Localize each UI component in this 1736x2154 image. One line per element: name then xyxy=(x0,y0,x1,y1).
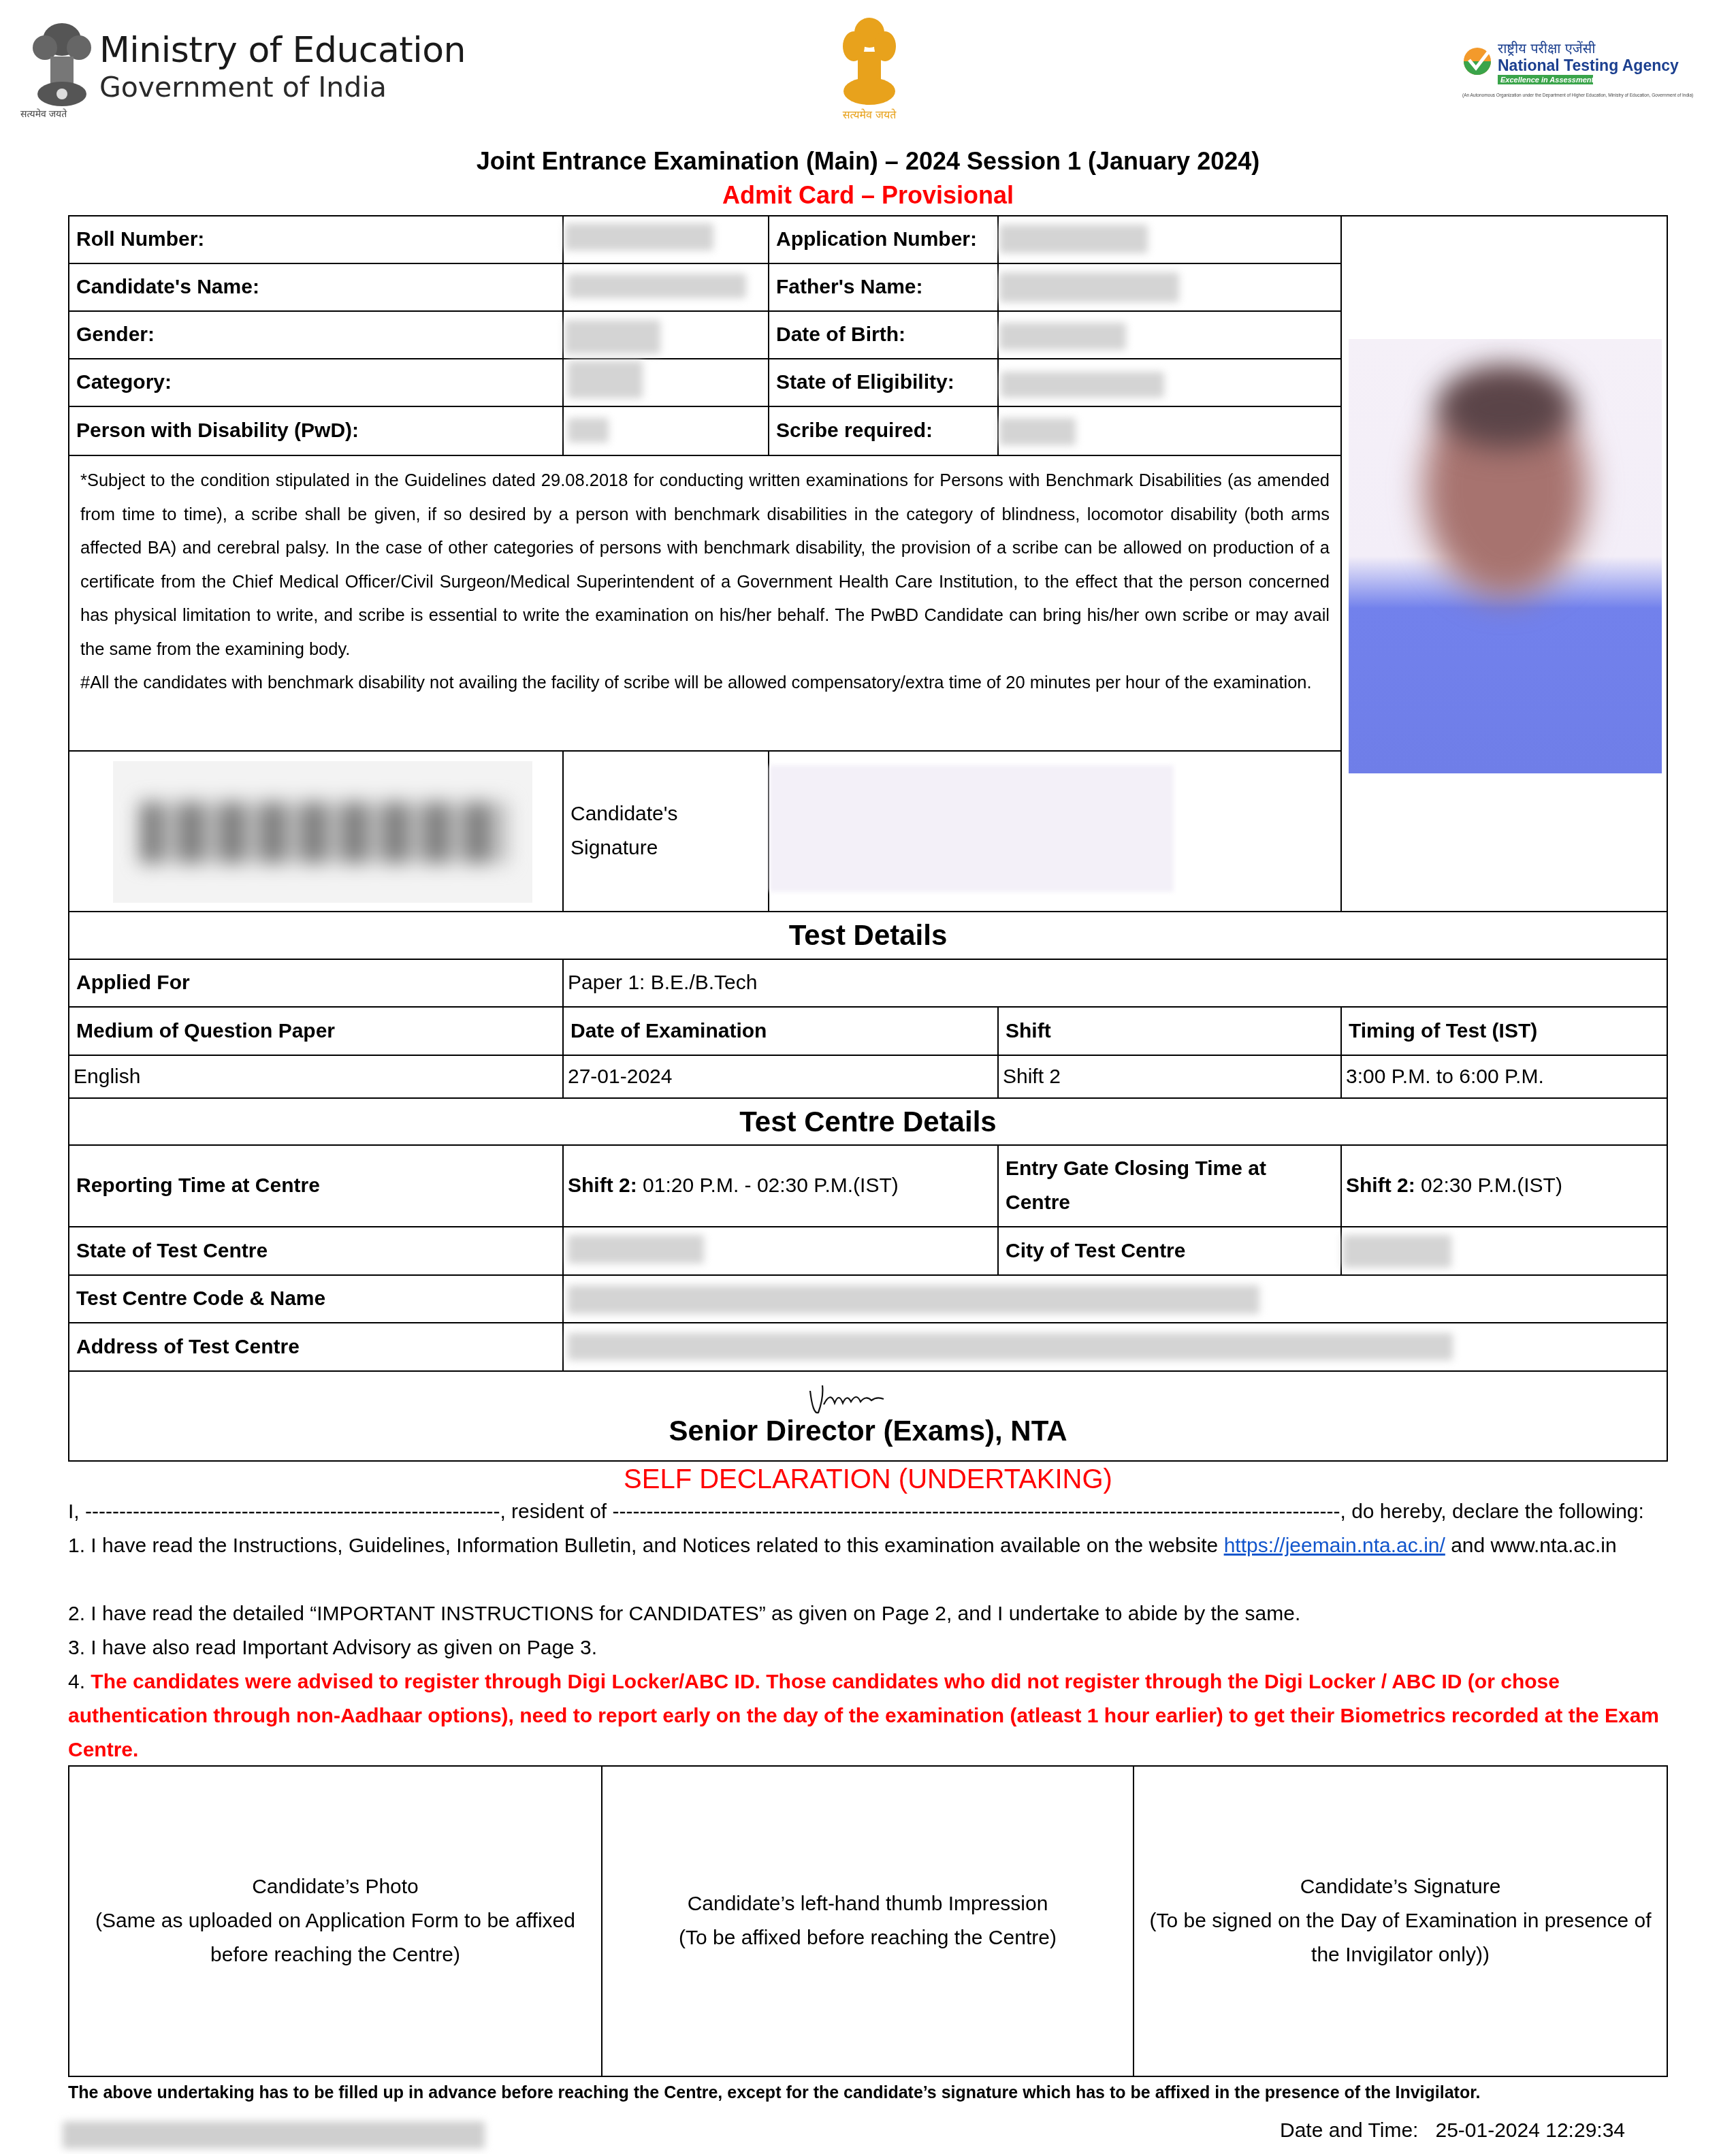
intro-i: I, xyxy=(68,1500,85,1523)
redacted-centre-city xyxy=(1343,1235,1451,1268)
state-eligibility-label: State of Eligibility: xyxy=(768,358,999,407)
admit-card-subtitle: Admit Card – Provisional xyxy=(0,180,1736,211)
medium-value: English xyxy=(68,1055,564,1099)
applied-for-label: Applied For xyxy=(68,959,564,1008)
item1-text: 1. I have read the Instructions, Guideli… xyxy=(68,1534,1224,1557)
affix-signature-title: Candidate’s Signature xyxy=(1144,1870,1657,1904)
ministry-subtitle: Government of India xyxy=(99,71,387,103)
test-details-heading: Test Details xyxy=(68,911,1668,960)
redacted-category xyxy=(568,361,643,398)
candidate-photo xyxy=(1349,339,1662,773)
svg-text:राष्ट्रीय परीक्षा एजेंसी: राष्ट्रीय परीक्षा एजेंसी xyxy=(1498,40,1596,57)
undertaking-note: The above undertaking has to be filled u… xyxy=(68,2079,1481,2106)
redacted-gender xyxy=(565,320,660,354)
signatory-title: Senior Director (Exams), NTA xyxy=(69,1413,1667,1449)
affix-thumb-title: Candidate’s left-hand thumb Impression xyxy=(679,1887,1057,1921)
affix-thumb-box: Candidate’s left-hand thumb Impression(T… xyxy=(601,1765,1134,2077)
affix-signature-box: Candidate’s Signature(To be signed on th… xyxy=(1133,1765,1668,2077)
ministry-emblem-icon xyxy=(25,19,99,121)
roll-number-label: Roll Number: xyxy=(68,215,564,264)
declaration-item-3: 3. I have also read Important Advisory a… xyxy=(68,1631,1668,1665)
reporting-shift-label: Shift 2: xyxy=(568,1174,637,1198)
redacted-scribe xyxy=(999,418,1076,445)
father-name-label: Father's Name: xyxy=(768,263,999,312)
emblem-motto: सत्यमेव जयते xyxy=(20,108,67,120)
intro-end: , do hereby, declare the following: xyxy=(1340,1500,1643,1523)
signatory-box: Senior Director (Exams), NTA xyxy=(68,1370,1668,1462)
affix-thumb-note: (To be affixed before reaching the Centr… xyxy=(679,1921,1057,1955)
affix-photo-title: Candidate’s Photo xyxy=(79,1870,592,1904)
gate-shift-label: Shift 2: xyxy=(1346,1174,1415,1198)
residence-blank[interactable]: ----------------------------------------… xyxy=(613,1500,1340,1523)
gender-label: Gender: xyxy=(68,310,564,359)
centre-city-label: City of Test Centre xyxy=(997,1226,1342,1276)
svg-text:National Testing Agency: National Testing Agency xyxy=(1498,57,1679,74)
barcode-image xyxy=(113,761,532,903)
centre-code-label: Test Centre Code & Name xyxy=(68,1274,564,1323)
affix-photo-note: (Same as uploaded on Application Form to… xyxy=(79,1904,592,1972)
declaration-intro: I, -------------------------------------… xyxy=(68,1495,1668,1529)
nta-logo: राष्ट्रीय परीक्षा एजेंसी National Testin… xyxy=(1462,38,1694,103)
redacted-centre-code xyxy=(568,1285,1259,1314)
intro-resident: , resident of xyxy=(500,1500,612,1523)
declaration-heading: SELF DECLARATION (UNDERTAKING) xyxy=(0,1461,1736,1498)
shift-value: Shift 2 xyxy=(997,1055,1342,1099)
shift-header: Shift xyxy=(997,1006,1342,1056)
redacted-dob xyxy=(999,323,1126,350)
category-label: Category: xyxy=(68,358,564,407)
svg-text:सत्यमेव जयते: सत्यमेव जयते xyxy=(843,108,897,121)
redacted-father-name xyxy=(999,272,1179,302)
svg-text:Excellence in Assessment: Excellence in Assessment xyxy=(1500,76,1595,84)
disclaimer-paragraph-1: *Subject to the condition stipulated in … xyxy=(80,464,1330,666)
director-signature-icon xyxy=(803,1377,892,1418)
pwd-label: Person with Disability (PwD): xyxy=(68,406,564,456)
dob-label: Date of Birth: xyxy=(768,310,999,359)
redacted-state-eligibility xyxy=(1001,372,1164,398)
application-number-label: Application Number: xyxy=(768,215,999,264)
timing-value: 3:00 P.M. to 6:00 P.M. xyxy=(1340,1055,1668,1099)
redacted-roll-number xyxy=(565,223,713,251)
exam-date-value: 27-01-2024 xyxy=(562,1055,999,1099)
gate-closing-label: Entry Gate Closing Time at Centre xyxy=(997,1144,1342,1227)
reporting-time-value: Shift 2: 01:20 P.M. - 02:30 P.M.(IST) xyxy=(562,1144,999,1227)
redacted-application-number xyxy=(999,225,1148,253)
redacted-candidate-name xyxy=(568,274,746,298)
affix-signature-note: (To be signed on the Day of Examination … xyxy=(1144,1904,1657,1972)
item4-number: 4. xyxy=(68,1671,91,1693)
scribe-label: Scribe required: xyxy=(768,406,999,456)
name-blank[interactable]: ----------------------------------------… xyxy=(85,1500,500,1523)
centre-address-label: Address of Test Centre xyxy=(68,1322,564,1372)
centre-state-label: State of Test Centre xyxy=(68,1226,564,1276)
medium-header: Medium of Question Paper xyxy=(68,1006,564,1056)
candidate-signature-image xyxy=(769,765,1174,892)
datetime-label: Date and Time: xyxy=(1280,2119,1418,2142)
photo-cell xyxy=(1340,215,1668,912)
candidate-name-label: Candidate's Name: xyxy=(68,263,564,312)
reporting-time-text: 01:20 P.M. - 02:30 P.M.(IST) xyxy=(637,1174,899,1198)
declaration-item-1: 1. I have read the Instructions, Guideli… xyxy=(68,1529,1668,1563)
redacted-centre-address xyxy=(568,1333,1453,1360)
gate-closing-value: Shift 2: 02:30 P.M.(IST) xyxy=(1340,1144,1668,1227)
declaration-item-2: 2. I have read the detailed “IMPORTANT I… xyxy=(68,1597,1668,1631)
applied-for-value: Paper 1: B.E./B.Tech xyxy=(562,959,1668,1008)
declaration-item-4: 4. The candidates were advised to regist… xyxy=(68,1665,1668,1767)
redacted-pwd xyxy=(568,418,609,443)
gate-closing-text: 02:30 P.M.(IST) xyxy=(1415,1174,1562,1198)
centre-details-heading: Test Centre Details xyxy=(68,1097,1668,1146)
candidate-signature-label: Candidate's Signature xyxy=(562,750,769,912)
barcode-cell xyxy=(68,750,564,912)
national-emblem-icon: सत्यमेव जयते xyxy=(832,11,907,124)
jeemain-website-link[interactable]: https://jeemain.nta.ac.in/ xyxy=(1224,1534,1445,1557)
reporting-time-label: Reporting Time at Centre xyxy=(68,1144,564,1227)
item4-text: The candidates were advised to register … xyxy=(68,1671,1659,1761)
redacted-footer-info xyxy=(63,2121,485,2149)
exam-date-header: Date of Examination xyxy=(562,1006,999,1056)
generated-datetime: Date and Time: 25-01-2024 12:29:34 xyxy=(1280,2117,1625,2144)
timing-header: Timing of Test (IST) xyxy=(1340,1006,1668,1056)
candidate-signature-cell xyxy=(768,750,1342,912)
exam-title: Joint Entrance Examination (Main) – 2024… xyxy=(0,146,1736,177)
ministry-title: Ministry of Education xyxy=(99,30,466,71)
pwd-disclaimer: *Subject to the condition stipulated in … xyxy=(68,455,1342,752)
datetime-value: 25-01-2024 12:29:34 xyxy=(1435,2119,1625,2142)
affix-photo-box: Candidate’s Photo(Same as uploaded on Ap… xyxy=(68,1765,602,2077)
item1-post: and www.nta.ac.in xyxy=(1445,1534,1617,1557)
svg-text:(An Autonomous Organization un: (An Autonomous Organization under the De… xyxy=(1462,93,1693,98)
disclaimer-paragraph-2: #All the candidates with benchmark disab… xyxy=(80,666,1330,701)
redacted-centre-state xyxy=(568,1235,704,1264)
